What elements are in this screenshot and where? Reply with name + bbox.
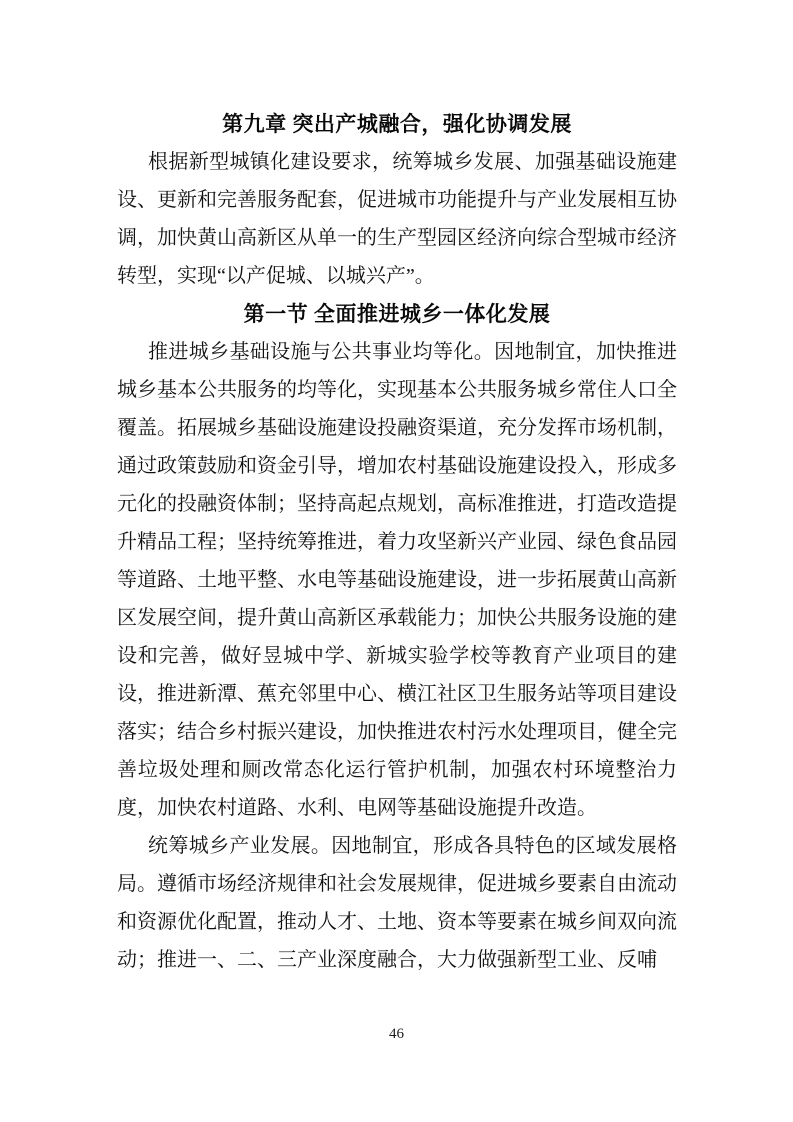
page-number: 46 [0, 1026, 793, 1043]
document-page: 第九章 突出产城融合，强化协调发展 根据新型城镇化建设要求，统筹城乡发展、加强基… [0, 0, 793, 1122]
chapter-title: 第九章 突出产城融合，强化协调发展 [117, 105, 677, 143]
section-title: 第一节 全面推进城乡一体化发展 [117, 295, 677, 333]
paragraph-intro: 根据新型城镇化建设要求，统筹城乡发展、加强基础设施建设、更新和完善服务配套，促进… [117, 143, 677, 295]
paragraph-industry: 统筹城乡产业发展。因地制宜，形成各具特色的区域发展格局。遵循市场经济规律和社会发… [117, 827, 677, 979]
paragraph-infrastructure: 推进城乡基础设施与公共事业均等化。因地制宜，加快推进城乡基本公共服务的均等化，实… [117, 333, 677, 827]
page-content: 第九章 突出产城融合，强化协调发展 根据新型城镇化建设要求，统筹城乡发展、加强基… [117, 105, 677, 979]
